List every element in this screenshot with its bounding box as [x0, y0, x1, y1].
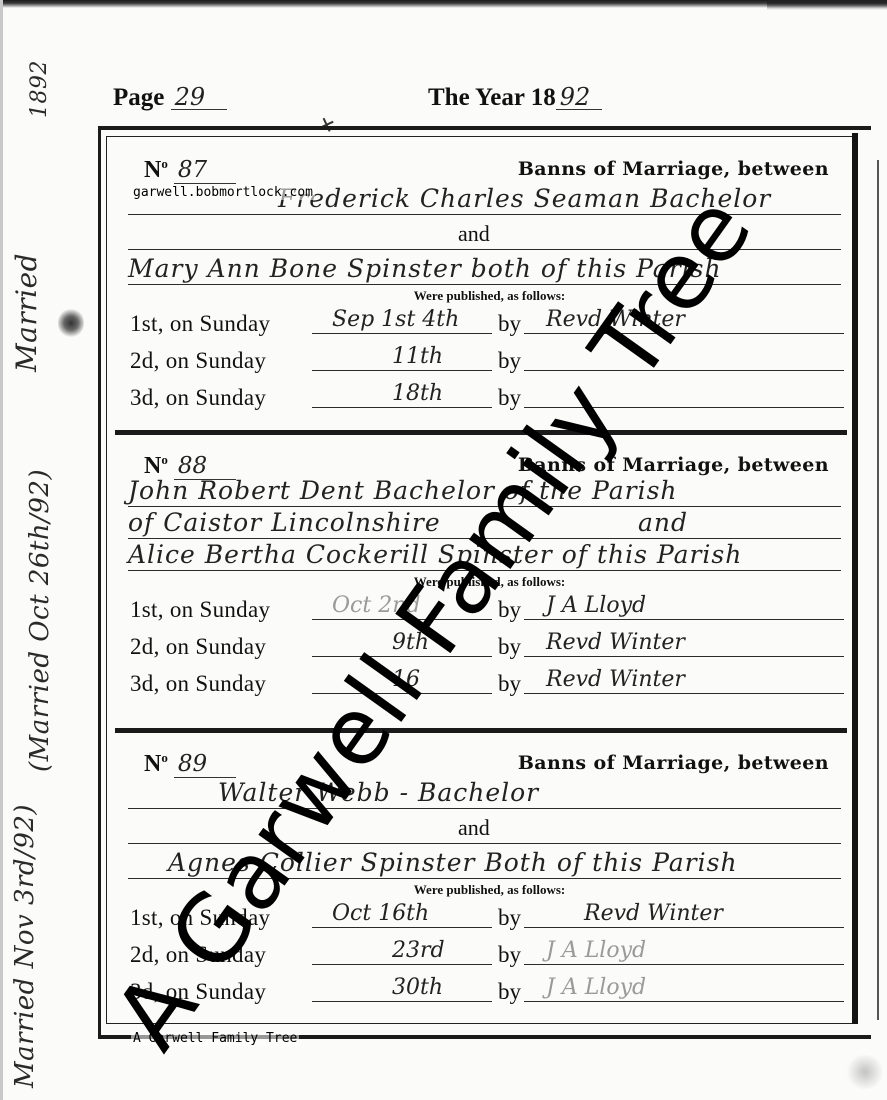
by-label: by	[498, 671, 521, 697]
officiant-name: Revd Winter	[584, 901, 723, 926]
by-label: by	[498, 979, 521, 1005]
by-label: by	[498, 385, 521, 411]
page-left-edge	[0, 0, 3, 1100]
party-2-name: Agnes Collier Spinster Both of this Pari…	[168, 848, 738, 877]
officiant-name: J A Lloyd	[546, 593, 646, 618]
publication-officiant: Revd Winter	[524, 898, 844, 928]
publication-row-2: 2d, on Sunday 23rd by J A Lloyd	[112, 935, 847, 972]
banns-title: Banns of Marriage, between	[518, 752, 829, 774]
by-label: by	[498, 905, 521, 931]
by-label: by	[498, 348, 521, 374]
paper-stain	[845, 1055, 885, 1089]
officiant-name: Revd Winter	[546, 307, 685, 332]
publication-officiant	[524, 378, 844, 408]
publication-date: Oct 16th	[312, 898, 492, 928]
banns-title: Banns of Marriage, between	[518, 454, 829, 476]
publication-date-value: 18th	[392, 381, 443, 406]
publication-date-value: 9th	[392, 630, 429, 655]
and-word: and	[458, 815, 490, 841]
number-label-sup: o	[161, 156, 168, 171]
by-label: by	[498, 634, 521, 660]
year-field: The Year 1892	[428, 84, 602, 112]
publication-label: 1st, on Sunday	[130, 905, 270, 931]
watermark-footer: A Garwell Family Tree	[131, 1032, 299, 1046]
by-label: by	[498, 942, 521, 968]
entry-number-value: 87	[174, 157, 236, 184]
entry-header: No 89 Banns of Marriage, between	[112, 744, 847, 778]
officiant-name: J A Lloyd	[546, 938, 646, 963]
year-suffix: 92	[556, 85, 602, 110]
margin-married-note-87: Married	[10, 253, 43, 372]
publication-label: 1st, on Sunday	[130, 597, 270, 623]
publication-row-1: 1st, on Sunday Sep 1st 4th by Revd Winte…	[112, 304, 847, 341]
party-2-line: Mary Ann Bone Spinster both of this Pari…	[128, 250, 841, 285]
party-1-residence: of Caistor Lincolnshire	[128, 508, 441, 537]
and-line: and	[128, 809, 841, 844]
scan-binding-shadow	[0, 0, 887, 8]
watermark-site-url: garwell.bobmortlock.com	[131, 186, 315, 200]
publication-officiant: Revd Winter	[524, 664, 844, 694]
publication-officiant	[524, 341, 844, 371]
publication-row-2: 2d, on Sunday 9th by Revd Winter	[112, 627, 847, 664]
published-label: Were published, as follows:	[112, 287, 847, 304]
party-2-name: Mary Ann Bone Spinster both of this Pari…	[128, 254, 722, 283]
page-outer-rule	[877, 160, 879, 1020]
publication-officiant: Revd Winter	[524, 304, 844, 334]
publication-date: 18th	[312, 378, 492, 408]
page-label: Page	[113, 84, 164, 111]
publication-label: 3d, on Sunday	[130, 671, 266, 697]
and-line: and	[128, 215, 841, 250]
by-label: by	[498, 311, 521, 337]
entry-header: No 88 Banns of Marriage, between	[112, 446, 847, 480]
party-2-line: Agnes Collier Spinster Both of this Pari…	[128, 844, 841, 879]
publication-date-value: Oct 16th	[332, 901, 429, 926]
party-2-name: Alice Bertha Cockerill Spinster of this …	[128, 540, 742, 569]
publication-row-3: 3d, on Sunday 16 by Revd Winter	[112, 664, 847, 701]
publication-date-value: 30th	[392, 975, 443, 1000]
and-word: and	[458, 221, 490, 247]
publication-label: 1st, on Sunday	[130, 311, 270, 337]
publication-label: 2d, on Sunday	[130, 634, 266, 660]
publication-label: 3d, on Sunday	[130, 979, 266, 1005]
party-1-line: John Robert Dent Bachelor of the Parish	[128, 480, 841, 507]
party-1-name: John Robert Dent Bachelor of the Parish	[128, 476, 678, 505]
number-label: N	[144, 751, 161, 777]
page-number: 29	[171, 85, 227, 110]
entry-header: No 87 Banns of Marriage, between	[112, 150, 847, 184]
publication-date: 9th	[312, 627, 492, 657]
publication-label: 2d, on Sunday	[130, 942, 266, 968]
entry-number: No 87	[144, 156, 236, 184]
entry-divider	[115, 430, 847, 435]
entry-number: No 89	[144, 750, 236, 778]
publication-row-3: 3d, on Sunday 18th by	[112, 378, 847, 415]
party-2-line: Alice Bertha Cockerill Spinster of this …	[128, 539, 841, 571]
publication-date-value: 23rd	[392, 938, 445, 963]
margin-year-note: 1892	[27, 60, 52, 118]
publication-date: 16	[312, 664, 492, 694]
margin-married-note-88: (Married Oct 26th/92)	[25, 469, 55, 772]
publication-label: 3d, on Sunday	[130, 385, 266, 411]
publication-row-1: 1st, on Sunday Oct 2nd by J A Lloyd	[112, 590, 847, 627]
party-1-line: Walter Webb - Bachelor	[128, 778, 841, 809]
page-number-field: Page 29	[113, 84, 227, 112]
officiant-name: Revd Winter	[546, 630, 685, 655]
publication-date-value: Sep 1st 4th	[332, 307, 459, 332]
ink-blot	[58, 308, 84, 338]
number-label: N	[144, 157, 161, 183]
published-label: Were published, as follows:	[112, 573, 847, 590]
and-word-handwritten: and	[638, 508, 688, 537]
publication-row-2: 2d, on Sunday 11th by	[112, 341, 847, 378]
officiant-name: Revd Winter	[546, 667, 685, 692]
year-label: The Year 18	[428, 84, 556, 111]
publication-date: Sep 1st 4th	[312, 304, 492, 334]
number-label-sup: o	[161, 750, 168, 765]
publication-date: Oct 2nd	[312, 590, 492, 620]
publication-date-value: Oct 2nd	[332, 593, 420, 618]
party-1-line-2: of Caistor Lincolnshire and	[128, 507, 841, 539]
publication-officiant: J A Lloyd	[524, 972, 844, 1002]
number-label-sup: o	[161, 452, 168, 467]
banns-title: Banns of Marriage, between	[518, 158, 829, 180]
party-1-name: Frederick Charles Seaman Bachelor	[278, 184, 771, 213]
publication-row-1: 1st, on Sunday Oct 16th by Revd Winter	[112, 898, 847, 935]
frame-right-rule	[852, 133, 858, 1024]
margin-married-note-89: Married Nov 3rd/92)	[10, 804, 40, 1088]
publication-date: 11th	[312, 341, 492, 371]
publication-officiant: Revd Winter	[524, 627, 844, 657]
officiant-name: J A Lloyd	[546, 975, 646, 1000]
publication-row-3: 3d, on Sunday 30th by J A Lloyd	[112, 972, 847, 1009]
banns-entry-88: No 88 Banns of Marriage, between John Ro…	[112, 446, 847, 701]
publication-date-value: 16	[392, 667, 420, 692]
register-page-header: Page 29 The Year 1892	[113, 80, 853, 120]
by-label: by	[498, 597, 521, 623]
publication-date-value: 11th	[392, 344, 443, 369]
party-1-name: Walter Webb - Bachelor	[218, 778, 539, 807]
entry-number-value: 89	[174, 751, 236, 778]
published-label: Were published, as follows:	[112, 881, 847, 898]
publication-date: 30th	[312, 972, 492, 1002]
entry-divider	[115, 728, 847, 733]
publication-label: 2d, on Sunday	[130, 348, 266, 374]
banns-entry-89: No 89 Banns of Marriage, between Walter …	[112, 744, 847, 1009]
publication-officiant: J A Lloyd	[524, 935, 844, 965]
publication-officiant: J A Lloyd	[524, 590, 844, 620]
publication-date: 23rd	[312, 935, 492, 965]
